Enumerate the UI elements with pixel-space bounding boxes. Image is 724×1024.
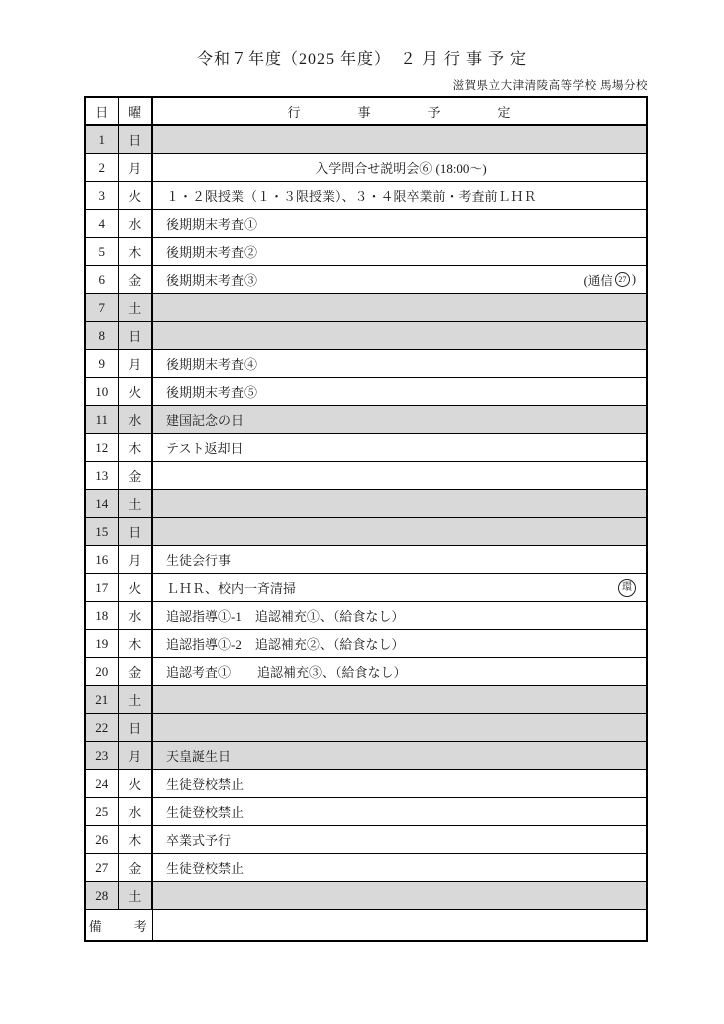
event-cell-content: 建国記念の日 <box>153 406 646 433</box>
event-text: 後期期末考査① <box>166 214 636 233</box>
day-row: 23月天皇誕生日 <box>85 742 647 770</box>
event-text: 追認考査① 追認補充③、（給食なし） <box>166 662 636 681</box>
day-number-cell: 14 <box>85 490 118 518</box>
event-cell-content <box>153 882 646 909</box>
event-cell-content: 天皇誕生日 <box>153 742 646 769</box>
day-row: 27金生徒登校禁止 <box>85 854 647 882</box>
event-note: (通信27) <box>584 271 636 289</box>
event-text: 追認指導①-2 追認補充②、（給食なし） <box>166 634 636 653</box>
weekday-cell: 日 <box>118 714 152 742</box>
event-cell-content: 生徒会行事 <box>153 546 646 573</box>
day-number-cell: 24 <box>85 770 118 798</box>
day-row: 21土 <box>85 686 647 714</box>
day-row: 18水追認指導①-1 追認補充①、（給食なし） <box>85 602 647 630</box>
day-number-cell: 11 <box>85 406 118 434</box>
event-cell <box>152 490 647 518</box>
event-cell-content <box>153 518 646 545</box>
day-row: 22日 <box>85 714 647 742</box>
day-row: 6金後期期末考査③(通信27) <box>85 266 647 294</box>
day-row: 28土 <box>85 882 647 910</box>
event-cell: 追認指導①-1 追認補充①、（給食なし） <box>152 602 647 630</box>
day-number-cell: 5 <box>85 238 118 266</box>
event-cell-content: 追認指導①-1 追認補充①、（給食なし） <box>153 602 646 629</box>
day-number-cell: 3 <box>85 182 118 210</box>
day-number-cell: 15 <box>85 518 118 546</box>
day-row: 2月入学問合せ説明会⑥ (18:00～) <box>85 154 647 182</box>
weekday-cell: 土 <box>118 490 152 518</box>
event-text: 後期期末考査② <box>166 242 636 261</box>
day-number-cell: 8 <box>85 322 118 350</box>
day-number-cell: 27 <box>85 854 118 882</box>
weekday-cell: 金 <box>118 462 152 490</box>
day-row: 25水生徒登校禁止 <box>85 798 647 826</box>
weekday-cell: 火 <box>118 770 152 798</box>
event-cell-content: 追認考査① 追認補充③、（給食なし） <box>153 658 646 685</box>
event-cell: テスト返却日 <box>152 434 647 462</box>
day-number-cell: 4 <box>85 210 118 238</box>
event-text: 後期期末考査③ <box>166 270 584 289</box>
day-number-cell: 6 <box>85 266 118 294</box>
event-cell <box>152 714 647 742</box>
event-cell: 生徒登校禁止 <box>152 798 647 826</box>
event-cell: 生徒登校禁止 <box>152 854 647 882</box>
event-text: 生徒登校禁止 <box>166 774 636 793</box>
header-row: 日 曜 行 事 予 定 <box>85 97 647 125</box>
event-cell-content: 後期期末考査⑤ <box>153 378 646 405</box>
day-row: 3火１・２限授業（１・３限授業）、３・４限卒業前・考査前ＬＨＲ <box>85 182 647 210</box>
day-number-cell: 13 <box>85 462 118 490</box>
event-cell-content: 後期期末考査② <box>153 238 646 265</box>
column-header-weekday: 曜 <box>118 97 152 125</box>
day-row: 4水後期期末考査① <box>85 210 647 238</box>
weekday-cell: 日 <box>118 125 152 154</box>
weekday-cell: 水 <box>118 602 152 630</box>
event-text: 生徒登校禁止 <box>166 802 636 821</box>
event-cell <box>152 294 647 322</box>
day-row: 13金 <box>85 462 647 490</box>
remarks-value <box>152 910 647 942</box>
event-cell-content <box>153 126 646 153</box>
event-cell <box>152 462 647 490</box>
remarks-label: 備 考 <box>85 910 152 942</box>
weekday-cell: 金 <box>118 658 152 686</box>
event-text: 生徒登校禁止 <box>166 858 636 877</box>
event-cell-content: 後期期末考査③(通信27) <box>153 266 646 293</box>
day-number-cell: 10 <box>85 378 118 406</box>
event-text: 天皇誕生日 <box>166 746 636 765</box>
day-number-cell: 1 <box>85 125 118 154</box>
day-number-cell: 2 <box>85 154 118 182</box>
weekday-cell: 月 <box>118 742 152 770</box>
weekday-cell: 木 <box>118 826 152 854</box>
day-number-cell: 26 <box>85 826 118 854</box>
weekday-cell: 水 <box>118 798 152 826</box>
event-cell-content: ＬＨＲ、校内一斉清掃環 <box>153 574 646 601</box>
event-cell-content: １・２限授業（１・３限授業）、３・４限卒業前・考査前ＬＨＲ <box>153 182 646 209</box>
event-cell: 後期期末考査② <box>152 238 647 266</box>
remarks-row: 備 考 <box>85 910 647 942</box>
event-cell-content <box>153 322 646 349</box>
day-row: 19木追認指導①-2 追認補充②、（給食なし） <box>85 630 647 658</box>
event-cell-content <box>153 714 646 741</box>
weekday-cell: 月 <box>118 154 152 182</box>
day-row: 24火生徒登校禁止 <box>85 770 647 798</box>
day-number-cell: 17 <box>85 574 118 602</box>
weekday-cell: 水 <box>118 210 152 238</box>
event-cell <box>152 322 647 350</box>
day-number-cell: 21 <box>85 686 118 714</box>
weekday-cell: 金 <box>118 266 152 294</box>
weekday-cell: 木 <box>118 434 152 462</box>
weekday-cell: 日 <box>118 518 152 546</box>
event-cell: 卒業式予行 <box>152 826 647 854</box>
day-number-cell: 22 <box>85 714 118 742</box>
event-text: １・２限授業（１・３限授業）、３・４限卒業前・考査前ＬＨＲ <box>166 186 636 205</box>
event-cell: 後期期末考査① <box>152 210 647 238</box>
event-cell-content <box>153 294 646 321</box>
event-cell: 生徒登校禁止 <box>152 770 647 798</box>
circled-number: 27 <box>615 272 630 287</box>
page-title: 令和７年度（2025 年度） ２ 月 行 事 予 定 <box>0 46 724 69</box>
day-row: 26木卒業式予行 <box>85 826 647 854</box>
weekday-cell: 火 <box>118 182 152 210</box>
event-cell-content: 入学問合せ説明会⑥ (18:00～) <box>153 154 646 181</box>
event-text: 追認指導①-1 追認補充①、（給食なし） <box>166 606 636 625</box>
day-row: 16月生徒会行事 <box>85 546 647 574</box>
event-text: 後期期末考査⑤ <box>166 382 636 401</box>
event-cell: 建国記念の日 <box>152 406 647 434</box>
weekday-cell: 金 <box>118 854 152 882</box>
weekday-cell: 木 <box>118 630 152 658</box>
event-text: 生徒会行事 <box>166 550 636 569</box>
weekday-cell: 木 <box>118 238 152 266</box>
event-cell <box>152 686 647 714</box>
day-number-cell: 12 <box>85 434 118 462</box>
event-cell: 追認考査① 追認補充③、（給食なし） <box>152 658 647 686</box>
day-number-cell: 28 <box>85 882 118 910</box>
event-text: 卒業式予行 <box>166 830 636 849</box>
day-row: 14土 <box>85 490 647 518</box>
weekday-cell: 火 <box>118 378 152 406</box>
event-cell-content: 生徒登校禁止 <box>153 854 646 881</box>
event-cell-content: 卒業式予行 <box>153 826 646 853</box>
event-cell: 後期期末考査⑤ <box>152 378 647 406</box>
weekday-cell: 水 <box>118 406 152 434</box>
event-cell <box>152 882 647 910</box>
event-cell: 入学問合せ説明会⑥ (18:00～) <box>152 154 647 182</box>
event-cell-content: テスト返却日 <box>153 434 646 461</box>
day-number-cell: 7 <box>85 294 118 322</box>
event-cell: 後期期末考査③(通信27) <box>152 266 647 294</box>
school-name: 滋賀県立大津清陵高等学校 馬場分校 <box>453 77 648 93</box>
event-cell-content: 後期期末考査① <box>153 210 646 237</box>
day-row: 5木後期期末考査② <box>85 238 647 266</box>
day-row: 8日 <box>85 322 647 350</box>
weekday-cell: 土 <box>118 882 152 910</box>
day-number-cell: 19 <box>85 630 118 658</box>
event-cell <box>152 518 647 546</box>
event-cell-content <box>153 462 646 489</box>
column-header-events: 行 事 予 定 <box>152 97 647 125</box>
day-row: 1日 <box>85 125 647 154</box>
event-cell: １・２限授業（１・３限授業）、３・４限卒業前・考査前ＬＨＲ <box>152 182 647 210</box>
weekday-cell: 火 <box>118 574 152 602</box>
event-cell-content: 生徒登校禁止 <box>153 770 646 797</box>
day-row: 7土 <box>85 294 647 322</box>
event-cell: ＬＨＲ、校内一斉清掃環 <box>152 574 647 602</box>
event-text: 入学問合せ説明会⑥ (18:00～) <box>315 158 487 177</box>
event-cell: 生徒会行事 <box>152 546 647 574</box>
day-number-cell: 25 <box>85 798 118 826</box>
event-cell-content <box>153 686 646 713</box>
weekday-cell: 月 <box>118 546 152 574</box>
event-cell-content: 生徒登校禁止 <box>153 798 646 825</box>
day-row: 20金追認考査① 追認補充③、（給食なし） <box>85 658 647 686</box>
day-row: 15日 <box>85 518 647 546</box>
day-number-cell: 9 <box>85 350 118 378</box>
schedule-table: 日 曜 行 事 予 定 1日2月入学問合せ説明会⑥ (18:00～)3火１・２限… <box>84 96 648 942</box>
event-cell-content: 後期期末考査④ <box>153 350 646 377</box>
day-row: 9月後期期末考査④ <box>85 350 647 378</box>
weekday-cell: 土 <box>118 686 152 714</box>
event-cell: 天皇誕生日 <box>152 742 647 770</box>
event-cell <box>152 125 647 154</box>
circled-kanji-badge: 環 <box>618 579 636 597</box>
event-text: 建国記念の日 <box>166 410 636 429</box>
day-number-cell: 16 <box>85 546 118 574</box>
event-text: ＬＨＲ、校内一斉清掃 <box>166 578 610 597</box>
day-number-cell: 20 <box>85 658 118 686</box>
event-text: テスト返却日 <box>166 438 636 457</box>
event-cell-content <box>153 490 646 517</box>
event-text: 後期期末考査④ <box>166 354 636 373</box>
event-cell: 追認指導①-2 追認補充②、（給食なし） <box>152 630 647 658</box>
weekday-cell: 月 <box>118 350 152 378</box>
event-cell-content: 追認指導①-2 追認補充②、（給食なし） <box>153 630 646 657</box>
weekday-cell: 土 <box>118 294 152 322</box>
day-row: 12木テスト返却日 <box>85 434 647 462</box>
column-header-day: 日 <box>85 97 118 125</box>
day-row: 10火後期期末考査⑤ <box>85 378 647 406</box>
day-row: 11水建国記念の日 <box>85 406 647 434</box>
weekday-cell: 日 <box>118 322 152 350</box>
event-cell: 後期期末考査④ <box>152 350 647 378</box>
day-number-cell: 23 <box>85 742 118 770</box>
day-row: 17火ＬＨＲ、校内一斉清掃環 <box>85 574 647 602</box>
day-number-cell: 18 <box>85 602 118 630</box>
